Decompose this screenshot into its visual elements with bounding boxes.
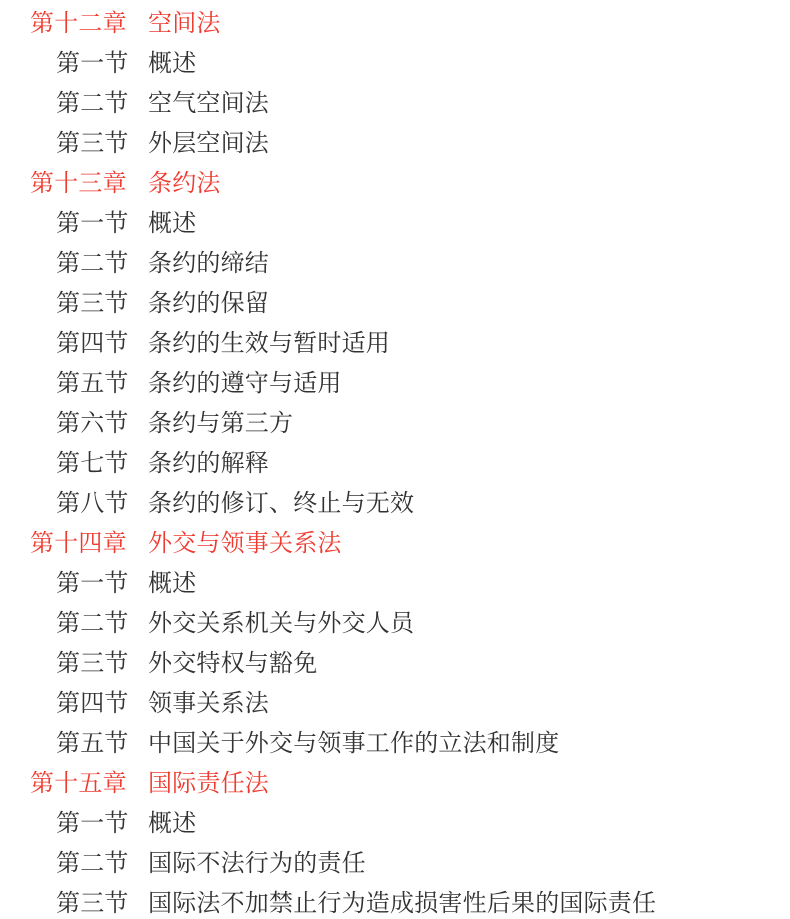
toc-section-row[interactable]: 第二节空气空间法 <box>0 80 790 120</box>
section-number: 第八节 <box>56 483 148 518</box>
chapter-number: 第十五章 <box>30 763 148 798</box>
toc-section-row[interactable]: 第三节条约的保留 <box>0 280 790 320</box>
toc-section-row[interactable]: 第一节概述 <box>0 200 790 240</box>
section-number: 第四节 <box>56 323 148 358</box>
section-number: 第二节 <box>56 243 148 278</box>
section-number: 第三节 <box>56 283 148 318</box>
section-title: 条约的遵守与适用 <box>148 363 790 398</box>
section-number: 第一节 <box>56 563 148 598</box>
section-number: 第二节 <box>56 83 148 118</box>
section-title: 国际不法行为的责任 <box>148 843 790 878</box>
chapter-title: 空间法 <box>148 3 790 38</box>
section-number: 第五节 <box>56 363 148 398</box>
toc-section-row[interactable]: 第七节条约的解释 <box>0 440 790 480</box>
section-title: 外交关系机关与外交人员 <box>148 603 790 638</box>
section-number: 第二节 <box>56 843 148 878</box>
toc-section-row[interactable]: 第三节国际法不加禁止行为造成损害性后果的国际责任 <box>0 880 790 919</box>
section-number: 第四节 <box>56 683 148 718</box>
toc-section-row[interactable]: 第二节条约的缔结 <box>0 240 790 280</box>
chapter-title: 外交与领事关系法 <box>148 523 790 558</box>
section-title: 条约的缔结 <box>148 243 790 278</box>
toc-chapter-row[interactable]: 第十五章国际责任法 <box>0 760 790 800</box>
section-title: 国际法不加禁止行为造成损害性后果的国际责任 <box>148 883 790 918</box>
section-title: 概述 <box>148 803 790 838</box>
toc-section-row[interactable]: 第六节条约与第三方 <box>0 400 790 440</box>
section-title: 外交特权与豁免 <box>148 643 790 678</box>
toc-chapter-row[interactable]: 第十四章外交与领事关系法 <box>0 520 790 560</box>
chapter-number: 第十三章 <box>30 163 148 198</box>
section-number: 第二节 <box>56 603 148 638</box>
section-number: 第三节 <box>56 643 148 678</box>
toc-section-row[interactable]: 第四节条约的生效与暂时适用 <box>0 320 790 360</box>
section-title: 条约与第三方 <box>148 403 790 438</box>
section-title: 条约的生效与暂时适用 <box>148 323 790 358</box>
toc-section-row[interactable]: 第一节概述 <box>0 800 790 840</box>
section-number: 第一节 <box>56 203 148 238</box>
section-title: 空气空间法 <box>148 83 790 118</box>
chapter-title: 国际责任法 <box>148 763 790 798</box>
chapter-title: 条约法 <box>148 163 790 198</box>
section-number: 第三节 <box>56 123 148 158</box>
section-number: 第一节 <box>56 43 148 78</box>
section-title: 条约的保留 <box>148 283 790 318</box>
table-of-contents: 第十二章空间法第一节概述第二节空气空间法第三节外层空间法第十三章条约法第一节概述… <box>0 0 790 919</box>
toc-section-row[interactable]: 第五节条约的遵守与适用 <box>0 360 790 400</box>
toc-section-row[interactable]: 第二节外交关系机关与外交人员 <box>0 600 790 640</box>
toc-section-row[interactable]: 第三节外层空间法 <box>0 120 790 160</box>
toc-section-row[interactable]: 第一节概述 <box>0 560 790 600</box>
toc-section-row[interactable]: 第三节外交特权与豁免 <box>0 640 790 680</box>
section-title: 概述 <box>148 563 790 598</box>
toc-section-row[interactable]: 第八节条约的修订、终止与无效 <box>0 480 790 520</box>
section-title: 概述 <box>148 43 790 78</box>
section-title: 中国关于外交与领事工作的立法和制度 <box>148 723 790 758</box>
toc-section-row[interactable]: 第五节中国关于外交与领事工作的立法和制度 <box>0 720 790 760</box>
section-number: 第五节 <box>56 723 148 758</box>
section-number: 第一节 <box>56 803 148 838</box>
toc-chapter-row[interactable]: 第十二章空间法 <box>0 0 790 40</box>
section-title: 概述 <box>148 203 790 238</box>
toc-section-row[interactable]: 第一节概述 <box>0 40 790 80</box>
section-number: 第三节 <box>56 883 148 918</box>
section-number: 第七节 <box>56 443 148 478</box>
chapter-number: 第十四章 <box>30 523 148 558</box>
section-number: 第六节 <box>56 403 148 438</box>
section-title: 领事关系法 <box>148 683 790 718</box>
toc-section-row[interactable]: 第四节领事关系法 <box>0 680 790 720</box>
toc-section-row[interactable]: 第二节国际不法行为的责任 <box>0 840 790 880</box>
section-title: 外层空间法 <box>148 123 790 158</box>
chapter-number: 第十二章 <box>30 3 148 38</box>
section-title: 条约的修订、终止与无效 <box>148 483 790 518</box>
toc-chapter-row[interactable]: 第十三章条约法 <box>0 160 790 200</box>
section-title: 条约的解释 <box>148 443 790 478</box>
